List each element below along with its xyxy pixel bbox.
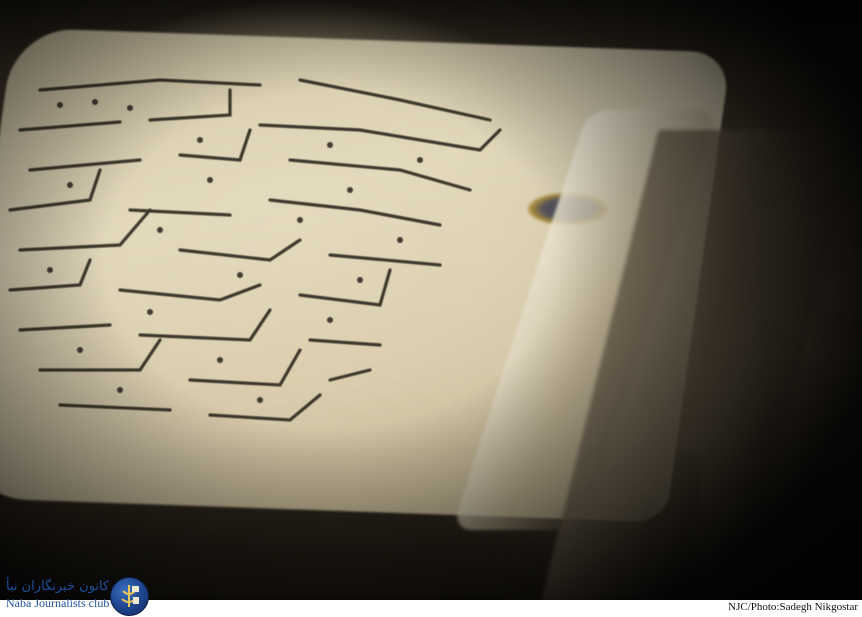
vignette-overlay [0, 0, 862, 600]
naba-logo: کانون خبرنگاران نبأ Naba Journalists clu… [4, 575, 154, 617]
naba-emblem-icon [110, 577, 149, 616]
logo-text-english: Naba Journalists club [6, 596, 109, 611]
logo-text-persian: کانون خبرنگاران نبأ [6, 579, 109, 594]
photo-credit: NJC/Photo:Sadegh Nikgostar [728, 601, 858, 613]
manuscript-photo [0, 0, 862, 600]
